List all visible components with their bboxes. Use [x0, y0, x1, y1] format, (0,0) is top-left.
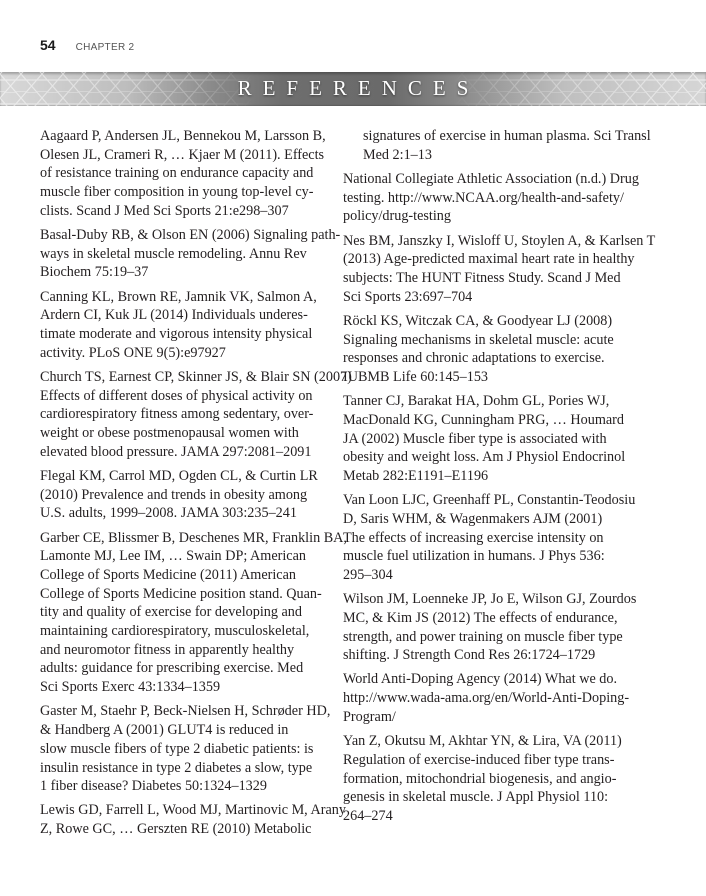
reference-line: Flegal KM, Carrol MD, Ogden CL, & Curtin… [60, 467, 336, 486]
reference-entry: Wilson JM, Loenneke JP, Jo E, Wilson GJ,… [343, 590, 641, 665]
reference-line: Med 2:1–13 [363, 146, 641, 165]
reference-line: The effects of increasing exercise inten… [363, 529, 641, 548]
reference-line: Metab 282:E1191–E1196 [363, 467, 641, 486]
reference-line: 295–304 [363, 566, 641, 585]
reference-entry: Aagaard P, Andersen JL, Bennekou M, Lars… [40, 127, 336, 221]
reference-entry: Church TS, Earnest CP, Skinner JS, & Bla… [40, 368, 336, 462]
reference-line: Sci Sports Exerc 43:1334–1359 [60, 678, 336, 697]
reference-line: clists. Scand J Med Sci Sports 21:e298–3… [60, 202, 336, 221]
reference-line: IUBMB Life 60:145–153 [363, 368, 641, 387]
reference-entry: Basal-Duby RB, & Olson EN (2006) Signali… [40, 226, 336, 282]
reference-line: obesity and weight loss. Am J Physiol En… [363, 448, 641, 467]
reference-line: maintaining cardiorespiratory, musculosk… [60, 622, 336, 641]
reference-line: (2010) Prevalence and trends in obesity … [60, 486, 336, 505]
reference-line: http://www.wada-ama.org/en/World-Anti-Do… [363, 689, 641, 708]
reference-line: Gaster M, Staehr P, Beck-Nielsen H, Schr… [60, 702, 336, 721]
reference-line: of resistance training on endurance capa… [60, 164, 336, 183]
reference-line: Van Loon LJC, Greenhaff PL, Constantin-T… [363, 491, 641, 510]
reference-line: 1 fiber disease? Diabetes 50:1324–1329 [60, 777, 336, 796]
reference-line: Effects of different doses of physical a… [60, 387, 336, 406]
reference-line: JA (2002) Muscle fiber type is associate… [363, 430, 641, 449]
chapter-label: CHAPTER 2 [76, 42, 135, 53]
reference-line: responses and chronic adaptations to exe… [363, 349, 641, 368]
reference-line: College of Sports Medicine position stan… [60, 585, 336, 604]
reference-line: subjects: The HUNT Fitness Study. Scand … [363, 269, 641, 288]
reference-line: Garber CE, Blissmer B, Deschenes MR, Fra… [60, 529, 336, 548]
reference-line: tity and quality of exercise for develop… [60, 603, 336, 622]
reference-line: weight or obese postmenopausal women wit… [60, 424, 336, 443]
reference-line: Tanner CJ, Barakat HA, Dohm GL, Pories W… [363, 392, 641, 411]
reference-line: National Collegiate Athletic Association… [363, 170, 641, 189]
reference-line: Ardern CI, Kuk JL (2014) Individuals und… [60, 306, 336, 325]
reference-line: activity. PLoS ONE 9(5):e97927 [60, 344, 336, 363]
reference-line: Yan Z, Okutsu M, Akhtar YN, & Lira, VA (… [363, 732, 641, 751]
reference-line: timate moderate and vigorous intensity p… [60, 325, 336, 344]
reference-line: Sci Sports 23:697–704 [363, 288, 641, 307]
reference-line: Regulation of exercise-induced fiber typ… [363, 751, 641, 770]
reference-entry: Lewis GD, Farrell L, Wood MJ, Martinovic… [40, 801, 336, 838]
reference-line: Program/ [363, 708, 641, 727]
reference-entry: World Anti-Doping Agency (2014) What we … [343, 670, 641, 726]
reference-line: formation, mitochondrial biogenesis, and… [363, 770, 641, 789]
reference-line: policy/drug-testing [363, 207, 641, 226]
reference-line: genesis in skeletal muscle. J Appl Physi… [363, 788, 641, 807]
reference-line: MC, & Kim JS (2012) The effects of endur… [363, 609, 641, 628]
reference-entry: Garber CE, Blissmer B, Deschenes MR, Fra… [40, 529, 336, 697]
reference-line: Z, Rowe GC, … Gerszten RE (2010) Metabol… [60, 820, 336, 839]
references-column-right: signatures of exercise in human plasma. … [343, 127, 641, 831]
reference-line: 264–274 [363, 807, 641, 826]
reference-line: muscle fuel utilization in humans. J Phy… [363, 547, 641, 566]
references-banner: REFERENCES [0, 72, 706, 106]
reference-line: Wilson JM, Loenneke JP, Jo E, Wilson GJ,… [363, 590, 641, 609]
reference-line: College of Sports Medicine (2011) Americ… [60, 566, 336, 585]
reference-line: Röckl KS, Witczak CA, & Goodyear LJ (200… [363, 312, 641, 331]
reference-entry-continuation: signatures of exercise in human plasma. … [343, 127, 641, 164]
reference-line: strength, and power training on muscle f… [363, 628, 641, 647]
reference-line: adults: guidance for prescribing exercis… [60, 659, 336, 678]
reference-line: U.S. adults, 1999–2008. JAMA 303:235–241 [60, 504, 336, 523]
reference-line: Biochem 75:19–37 [60, 263, 336, 282]
reference-line: Nes BM, Janszky I, Wisloff U, Stoylen A,… [363, 232, 641, 251]
reference-line: Lamonte MJ, Lee IM, … Swain DP; American [60, 547, 336, 566]
reference-line: Canning KL, Brown RE, Jamnik VK, Salmon … [60, 288, 336, 307]
reference-line: muscle fiber composition in young top-le… [60, 183, 336, 202]
page-number: 54 [40, 37, 56, 53]
reference-line: World Anti-Doping Agency (2014) What we … [363, 670, 641, 689]
reference-line: elevated blood pressure. JAMA 297:2081–2… [60, 443, 336, 462]
reference-entry: National Collegiate Athletic Association… [343, 170, 641, 226]
reference-entry: Flegal KM, Carrol MD, Ogden CL, & Curtin… [40, 467, 336, 523]
reference-entry: Van Loon LJC, Greenhaff PL, Constantin-T… [343, 491, 641, 585]
reference-line: and neuromotor fitness in apparently hea… [60, 641, 336, 660]
reference-entry: Gaster M, Staehr P, Beck-Nielsen H, Schr… [40, 702, 336, 796]
reference-entry: Röckl KS, Witczak CA, & Goodyear LJ (200… [343, 312, 641, 387]
section-title: REFERENCES [0, 76, 706, 101]
reference-line: (2013) Age-predicted maximal heart rate … [363, 250, 641, 269]
references-column-left: Aagaard P, Andersen JL, Bennekou M, Lars… [40, 127, 336, 844]
reference-entry: Canning KL, Brown RE, Jamnik VK, Salmon … [40, 288, 336, 363]
reference-line: Basal-Duby RB, & Olson EN (2006) Signali… [60, 226, 336, 245]
reference-line: insulin resistance in type 2 diabetes a … [60, 759, 336, 778]
reference-line: Olesen JL, Crameri R, … Kjaer M (2011). … [60, 146, 336, 165]
reference-line: signatures of exercise in human plasma. … [363, 127, 641, 146]
reference-line: cardiorespiratory fitness among sedentar… [60, 405, 336, 424]
reference-line: ways in skeletal muscle remodeling. Annu… [60, 245, 336, 264]
reference-line: & Handberg A (2001) GLUT4 is reduced in [60, 721, 336, 740]
reference-entry: Nes BM, Janszky I, Wisloff U, Stoylen A,… [343, 232, 641, 307]
reference-line: Aagaard P, Andersen JL, Bennekou M, Lars… [60, 127, 336, 146]
reference-line: slow muscle fibers of type 2 diabetic pa… [60, 740, 336, 759]
reference-line: D, Saris WHM, & Wagenmakers AJM (2001) [363, 510, 641, 529]
reference-line: shifting. J Strength Cond Res 26:1724–17… [363, 646, 641, 665]
reference-line: Lewis GD, Farrell L, Wood MJ, Martinovic… [60, 801, 336, 820]
reference-entry: Tanner CJ, Barakat HA, Dohm GL, Pories W… [343, 392, 641, 486]
reference-line: MacDonald KG, Cunningham PRG, … Houmard [363, 411, 641, 430]
running-head: 54 CHAPTER 2 [40, 37, 134, 53]
reference-entry: Yan Z, Okutsu M, Akhtar YN, & Lira, VA (… [343, 732, 641, 826]
reference-line: Church TS, Earnest CP, Skinner JS, & Bla… [60, 368, 336, 387]
reference-line: testing. http://www.NCAA.org/health-and-… [363, 189, 641, 208]
reference-line: Signaling mechanisms in skeletal muscle:… [363, 331, 641, 350]
